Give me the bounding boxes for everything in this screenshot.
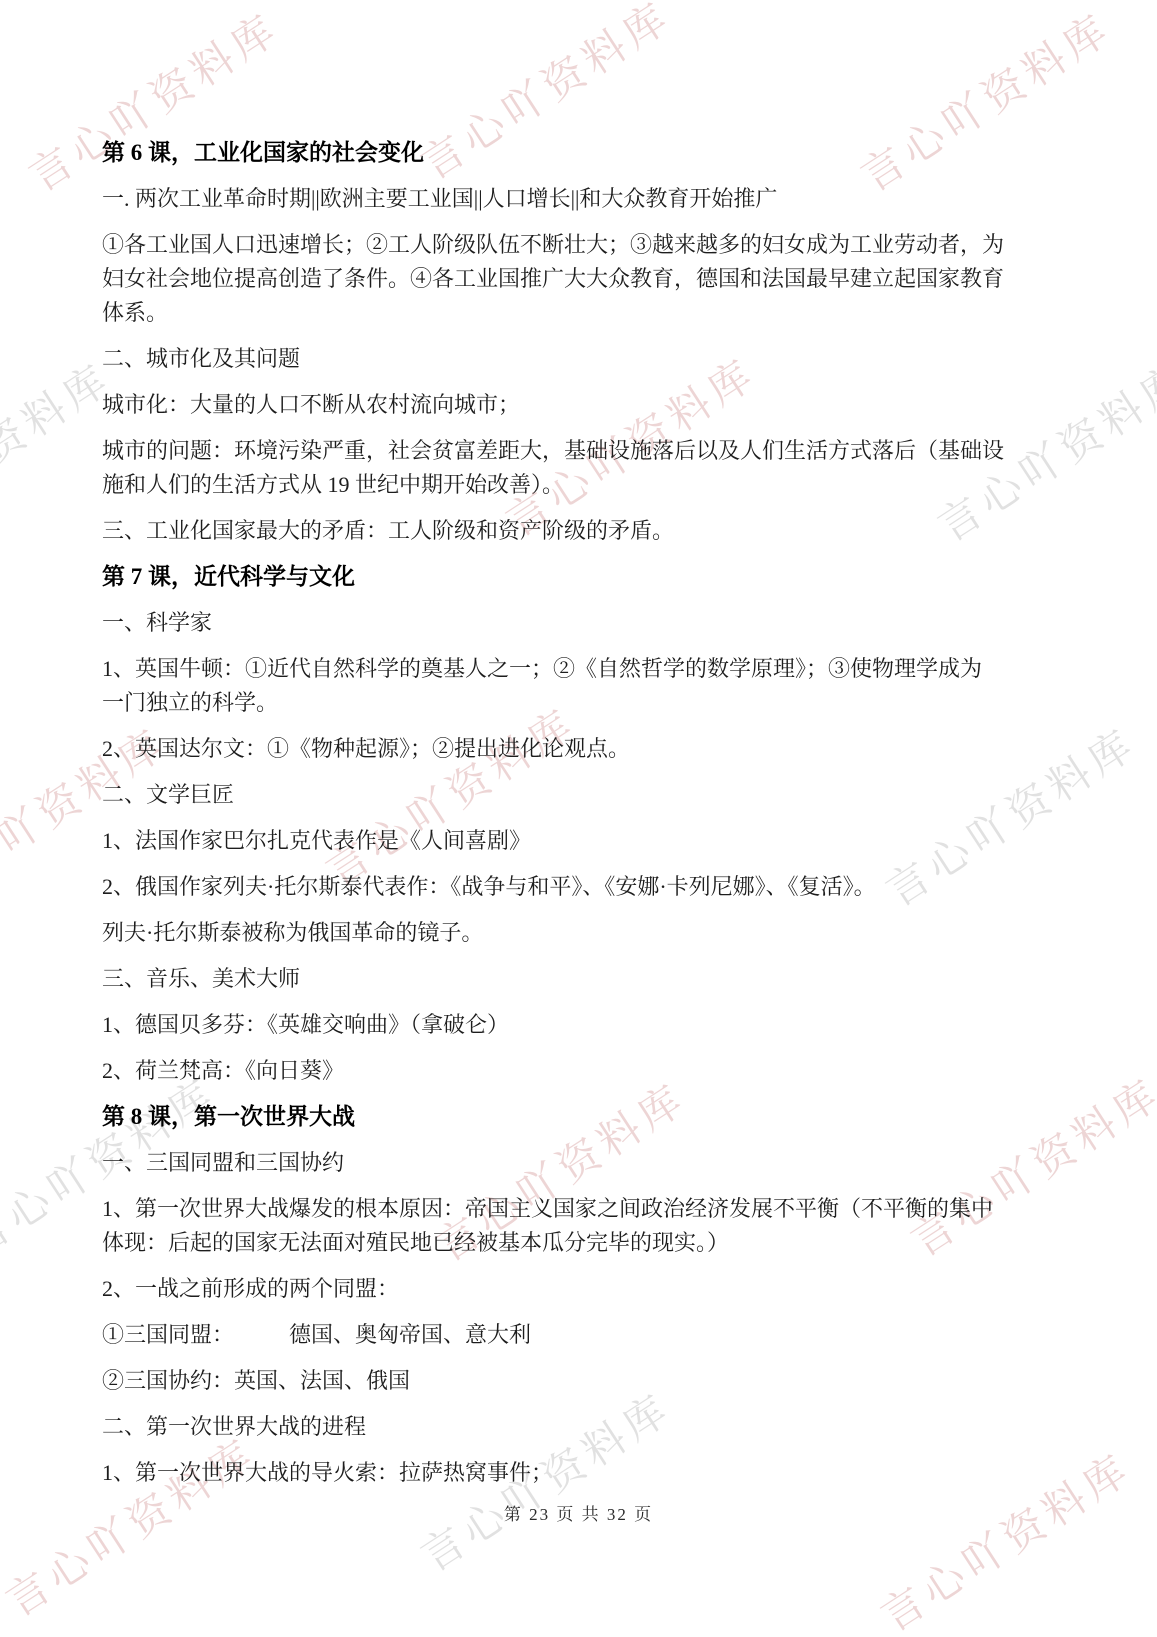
body-paragraph: 二、城市化及其问题 [102,342,1022,376]
body-paragraph: 一、三国同盟和三国协约 [102,1146,1022,1180]
body-paragraph: 城市的问题：环境污染严重，社会贫富差距大，基础设施落后以及人们生活方式落后（基础… [102,434,1022,502]
body-paragraph: 2、英国达尔文：①《物种起源》；②提出进化论观点。 [102,732,1022,766]
body-paragraph: 2、俄国作家列夫·托尔斯泰代表作：《战争与和平》、《安娜·卡列尼娜》、《复活》。 [102,870,1022,904]
body-paragraph: 二、第一次世界大战的进程 [102,1410,1022,1444]
body-paragraph: ①三国同盟： 德国、奥匈帝国、意大利 [102,1318,1022,1352]
lesson-7-heading: 第 7 课，近代科学与文化 [102,560,1022,594]
body-paragraph: 一、科学家 [102,606,1022,640]
body-paragraph: 1、第一次世界大战爆发的根本原因：帝国主义国家之间政治经济发展不平衡（不平衡的集… [102,1192,1022,1260]
body-paragraph: ②三国协约：英国、法国、俄国 [102,1364,1022,1398]
body-paragraph: ①各工业国人口迅速增长；②工人阶级队伍不断壮大；③越来越多的妇女成为工业劳动者，… [102,228,1022,330]
body-paragraph: 三、工业化国家最大的矛盾：工人阶级和资产阶级的矛盾。 [102,514,1022,548]
body-paragraph: 城市化：大量的人口不断从农村流向城市； [102,388,1022,422]
body-paragraph: 一. 两次工业革命时期||欧洲主要工业国||人口增长||和大众教育开始推广 [102,182,1022,216]
page-number-footer: 第 23 页 共 32 页 [0,1500,1157,1525]
body-paragraph: 2、荷兰梵高：《向日葵》 [102,1054,1022,1088]
body-paragraph: 2、一战之前形成的两个同盟： [102,1272,1022,1306]
body-paragraph: 三、音乐、美术大师 [102,962,1022,996]
body-paragraph: 1、德国贝多芬：《英雄交响曲》（拿破仑） [102,1008,1022,1042]
body-paragraph: 列夫·托尔斯泰被称为俄国革命的镜子。 [102,916,1022,950]
body-paragraph: 1、法国作家巴尔扎克代表作是《人间喜剧》 [102,824,1022,858]
lesson-8-heading: 第 8 课，第一次世界大战 [102,1100,1022,1134]
lesson-6-heading: 第 6 课，工业化国家的社会变化 [102,136,1022,170]
body-paragraph: 二、文学巨匠 [102,778,1022,812]
document-page: { "document": { "watermark": { "text": "… [0,0,1157,1637]
body-paragraph: 1、英国牛顿：①近代自然科学的奠基人之一；②《自然哲学的数学原理》；③使物理学成… [102,652,1022,720]
body-paragraph: 1、第一次世界大战的导火索：拉萨热窝事件； [102,1456,1022,1490]
document-body: 第 6 课，工业化国家的社会变化 一. 两次工业革命时期||欧洲主要工业国||人… [102,136,1022,1502]
